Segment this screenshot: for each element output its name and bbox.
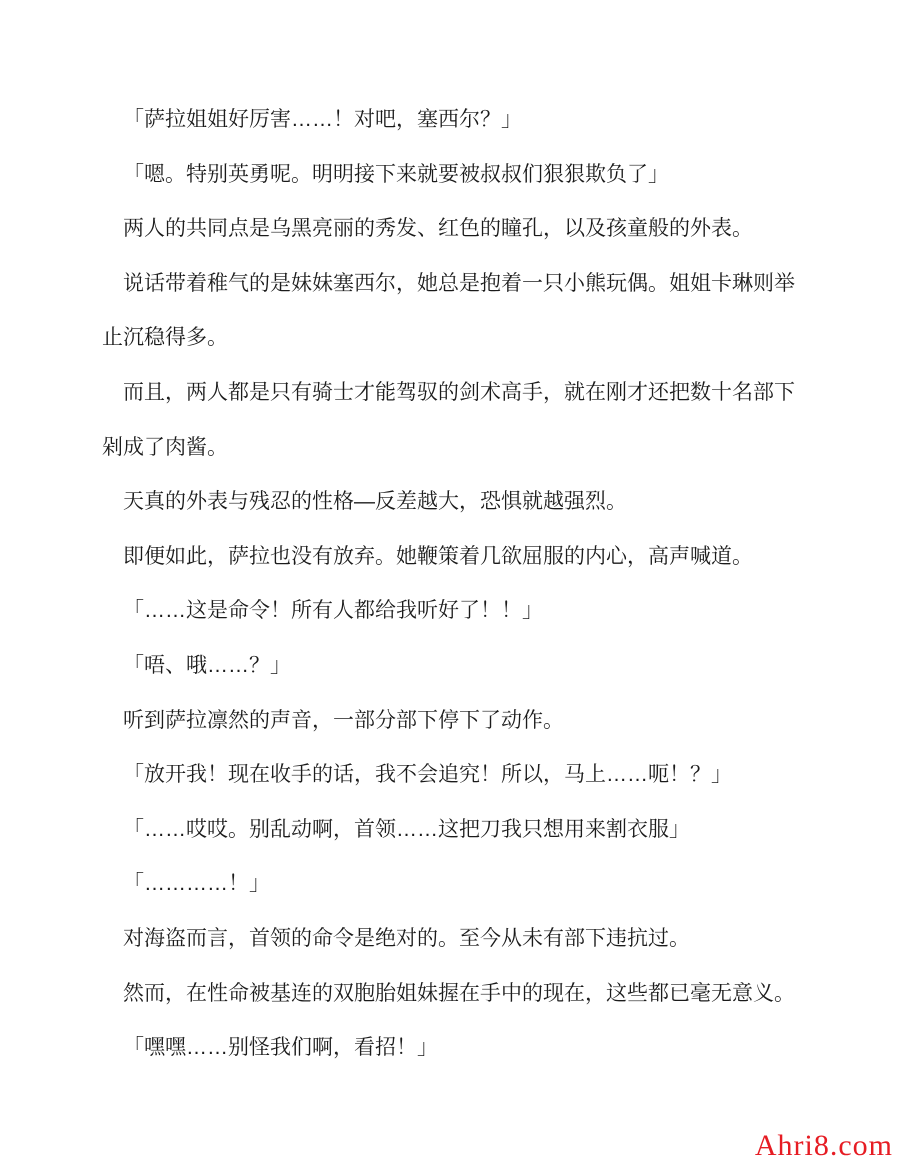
text-line: 而且，两人都是只有骑士才能驾驭的剑术高手，就在刚才还把数十名部下 (102, 366, 812, 421)
text-line: 「唔、哦……？」 (102, 639, 812, 694)
text-line: 说话带着稚气的是妹妹塞西尔，她总是抱着一只小熊玩偶。姐姐卡琳则举 (102, 257, 812, 312)
novel-text-block: 「萨拉姐姐好厉害……！对吧，塞西尔？」「嗯。特别英勇呢。明明接下来就要被叔叔们狠… (102, 93, 812, 1076)
text-line: 「…………！」 (102, 857, 812, 912)
watermark: Ahri8.com (755, 1131, 893, 1161)
text-line: 天真的外表与残忍的性格—反差越大，恐惧就越强烈。 (102, 475, 812, 530)
text-line: 然而，在性命被基连的双胞胎姐妹握在手中的现在，这些都已毫无意义。 (102, 967, 812, 1022)
text-line: 两人的共同点是乌黑亮丽的秀发、红色的瞳孔，以及孩童般的外表。 (102, 202, 812, 257)
text-line: 「放开我！现在收手的话，我不会追究！所以，马上……呃！？」 (102, 748, 812, 803)
text-line: 听到萨拉凛然的声音，一部分部下停下了动作。 (102, 694, 812, 749)
text-line: 「嘿嘿……别怪我们啊，看招！」 (102, 1021, 812, 1076)
text-line: 止沉稳得多。 (102, 311, 812, 366)
text-line: 「嗯。特别英勇呢。明明接下来就要被叔叔们狠狠欺负了」 (102, 148, 812, 203)
text-line: 「萨拉姐姐好厉害……！对吧，塞西尔？」 (102, 93, 812, 148)
text-line: 对海盗而言，首领的命令是绝对的。至今从未有部下违抗过。 (102, 912, 812, 967)
text-line: 「……哎哎。别乱动啊，首领……这把刀我只想用来割衣服」 (102, 803, 812, 858)
text-line: 「……这是命令！所有人都给我听好了！！」 (102, 584, 812, 639)
text-line: 即便如此，萨拉也没有放弃。她鞭策着几欲屈服的内心，高声喊道。 (102, 530, 812, 585)
novel-page: 「萨拉姐姐好厉害……！对吧，塞西尔？」「嗯。特别英勇呢。明明接下来就要被叔叔们狠… (0, 0, 900, 1165)
text-line: 剁成了肉酱。 (102, 421, 812, 476)
